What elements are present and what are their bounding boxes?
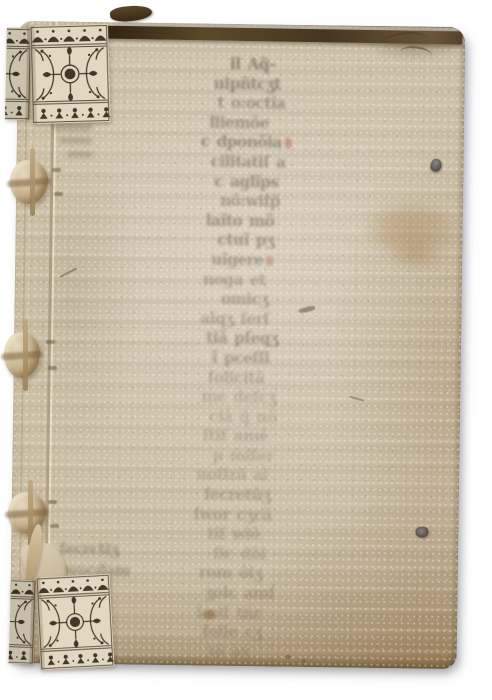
ornament-label-bottom-flap — [9, 580, 40, 665]
spine-headcap — [109, 4, 152, 23]
ghost-line: ſecretũʒ — [204, 485, 342, 507]
ghost-line-text: uoſtrã aĩ — [196, 465, 268, 485]
ghost-line-text: tiã pſeqʒ — [206, 328, 278, 348]
ghost-line: tiã pſeqʒ — [206, 328, 344, 350]
ghost-line-text: aĩqʒ ſerſ — [200, 308, 269, 328]
metal-speck — [415, 527, 428, 538]
ghost-line-text: tiſ wlõ — [207, 524, 260, 544]
ghost-line-text: c dponõia — [201, 132, 282, 152]
ghost-line: cilitatiſ a — [210, 152, 346, 173]
lacing-slit — [50, 524, 59, 528]
lacing-slit — [46, 340, 55, 344]
ghost-line-text: ſecretũʒ — [204, 485, 271, 505]
brown-speck — [202, 610, 215, 620]
ghost-line-text: ſolie cʒ — [202, 622, 262, 642]
ghost-line: ſtiſ amê — [203, 426, 343, 448]
ghost-line: c dponõia — [201, 132, 347, 154]
ghost-line: ſic dñi — [213, 544, 341, 565]
lacing-slit — [52, 168, 61, 172]
ghost-line: aĩqʒ ſerſ — [200, 308, 344, 330]
ghost-line: c aglĩps — [214, 171, 346, 192]
ghost-line-text: tõ aʒ — [208, 641, 249, 661]
ink-smudge — [67, 152, 93, 157]
ghost-line: lliemõe — [209, 112, 347, 134]
ghost-line-text: omicʒ — [221, 289, 269, 309]
red-rubrication-mark — [285, 138, 292, 149]
surface-fiber — [60, 267, 78, 277]
ghost-line-text: ſwor cʒcã — [194, 504, 272, 524]
ink-smudge — [51, 123, 93, 131]
ghost-line-text: c aglĩps — [214, 171, 279, 191]
ghost-line: omicʒ — [221, 289, 345, 310]
ornament-label-bottom — [36, 572, 115, 672]
ghost-line-text: ſolicitã — [207, 367, 264, 387]
ghost-line: nõ:wiſp̃ — [220, 191, 346, 212]
ghost-line: rom õiʒ — [199, 563, 341, 585]
ghost-line-text: p miſer — [212, 446, 273, 466]
ghost-line: t o:octĩa — [217, 93, 347, 114]
ghost-line: uoſtrã aĩ — [196, 465, 342, 487]
ghost-line: ſolie cʒ — [202, 622, 340, 644]
ghost-line: ſolicitã — [207, 367, 343, 388]
ghost-line-text: ʒolc amſ — [204, 583, 274, 603]
ghost-line: ĩ pceſſi — [212, 348, 344, 369]
ghost-line-text: ctuĩ pʒ — [217, 230, 274, 250]
small-speck — [286, 655, 291, 659]
ghost-text-column: il Aq̃–uipñtcʒtt o:octĩalliemõec dponõia… — [188, 29, 349, 662]
ghost-line-text: ſic dñi — [213, 544, 266, 564]
ghost-line: noga et — [203, 269, 345, 291]
ghost-line: uipñtcʒt — [214, 73, 348, 94]
ghost-line-text: cilitatiſ a — [210, 152, 285, 172]
ghost-line-text: nõ:wiſp̃ — [220, 191, 280, 211]
ghost-line: ʒolc amſ — [204, 583, 340, 604]
ghost-line-text: lliemõe — [209, 112, 269, 132]
ghost-line-text: t o:octĩa — [217, 93, 285, 113]
ghost-side-line: ſecrctiʒ — [59, 540, 119, 559]
red-rubrication-mark — [266, 255, 273, 266]
ghost-line-text: me deſcʒ — [201, 387, 276, 407]
ghost-line: il Aq̃– — [230, 54, 348, 75]
lacing-slit — [48, 500, 57, 504]
photo-scene: il Aq̃–uipñtcʒtt o:octĩalliemõec dponõia… — [0, 0, 492, 700]
ghost-line-text: laĩto mõ — [206, 210, 275, 230]
ghost-line: me deſcʒ — [201, 387, 343, 409]
stain — [387, 238, 445, 273]
ghost-line: tõ aʒ — [208, 641, 340, 662]
ghost-line: tiſ wlõ — [207, 524, 341, 545]
ghost-line: p miſer — [212, 446, 342, 467]
ghost-line: laĩto mõ — [206, 210, 346, 232]
ornament-label-top — [29, 24, 112, 124]
ghost-line-text: ciã q̃ nõ — [209, 406, 277, 426]
lacing-slit — [48, 366, 57, 370]
ink-smudge — [59, 137, 93, 143]
ghost-line: ciã q̃ nõ — [209, 406, 343, 427]
small-speck — [302, 659, 306, 663]
metal-speck — [429, 157, 444, 173]
ghost-line-text: il Aq̃– — [230, 54, 276, 74]
ghost-line-text: rom õiʒ — [199, 563, 262, 583]
ghost-line-text: uĩgere — [211, 250, 264, 270]
ghost-line: ĩ oiſ tñr — [196, 602, 340, 624]
ghost-line: uĩgere — [211, 250, 345, 271]
ghost-line: ſwor cʒcã — [194, 504, 342, 526]
ghost-line: ctuĩ pʒ — [217, 230, 345, 251]
surface-fiber — [349, 396, 364, 402]
lacing-slit — [54, 192, 63, 196]
ghost-line-text: uipñtcʒt — [214, 73, 281, 93]
ghost-line-text: ſtiſ amê — [203, 426, 269, 446]
ghost-line-text: ĩ pceſſi — [212, 348, 270, 368]
ghost-line-text: noga et — [203, 269, 266, 289]
